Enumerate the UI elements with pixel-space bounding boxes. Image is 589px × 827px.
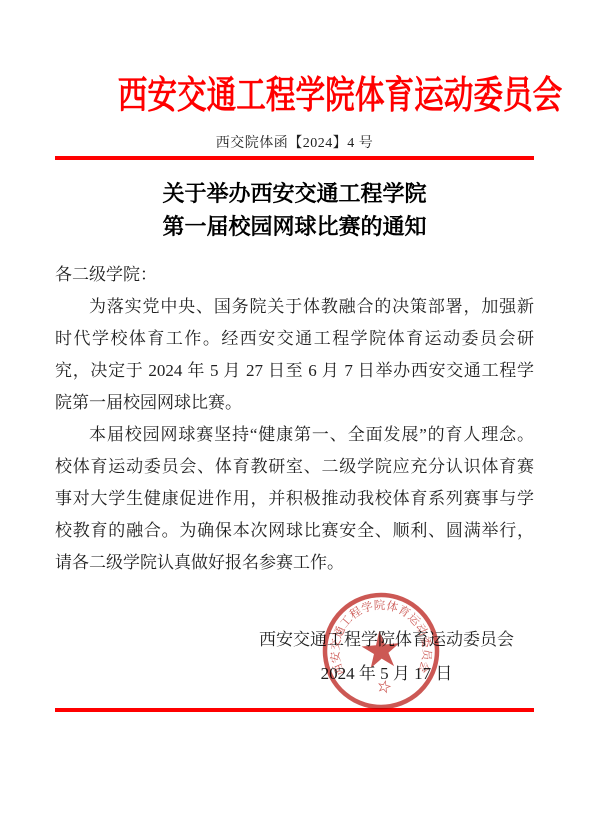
org-title: 西安交通工程学院体育运动委员会: [118, 73, 563, 119]
notice-title-line2: 第一届校园网球比赛的通知: [55, 210, 534, 243]
notice-title: 关于举办西安交通工程学院 第一届校园网球比赛的通知: [55, 177, 534, 243]
official-seal: 西安交通工程学院体育运动委员会: [316, 586, 446, 716]
body-line: 请各二级学院认真做好报名参赛工作。: [55, 547, 534, 579]
body-line: 究，决定于 2024 年 5 月 27 日至 6 月 7 日举办西安交通工程学: [55, 355, 534, 387]
header-rule: [55, 156, 534, 160]
body-line: 校教育的融合。为确保本次网球比赛安全、顺利、圆满举行，: [55, 515, 534, 547]
body-text: 各二级学院：为落实党中央、国务院关于体教融合的决策部署，加强新时代学校体育工作。…: [55, 259, 534, 579]
seal-graphic: 西安交通工程学院体育运动委员会: [316, 586, 446, 716]
document-page: 西安交通工程学院体育运动委员会 西交院体函【2024】4 号 关于举办西安交通工…: [0, 0, 589, 827]
seal-star-icon: [360, 629, 401, 668]
header: 西安交通工程学院体育运动委员会: [55, 73, 534, 119]
body-line: 院第一届校园网球比赛。: [55, 387, 534, 419]
notice-title-line1: 关于举办西安交通工程学院: [55, 177, 534, 210]
body-line: 为落实党中央、国务院关于体教融合的决策部署，加强新: [55, 291, 534, 323]
body-line: 各二级学院：: [55, 259, 534, 291]
doc-number: 西交院体函【2024】4 号: [55, 134, 534, 154]
body-line: 本届校园网球赛坚持“健康第一、全面发展”的育人理念。: [55, 419, 534, 451]
seal-bottom-mark: [377, 680, 391, 693]
body-line: 事对大学生健康促进作用，并积极推动我校体育系列赛事与学: [55, 483, 534, 515]
body-line: 时代学校体育工作。经西安交通工程学院体育运动委员会研: [55, 323, 534, 355]
body-line: 校体育运动委员会、体育教研室、二级学院应充分认识体育赛: [55, 451, 534, 483]
footer-rule: [55, 708, 534, 712]
